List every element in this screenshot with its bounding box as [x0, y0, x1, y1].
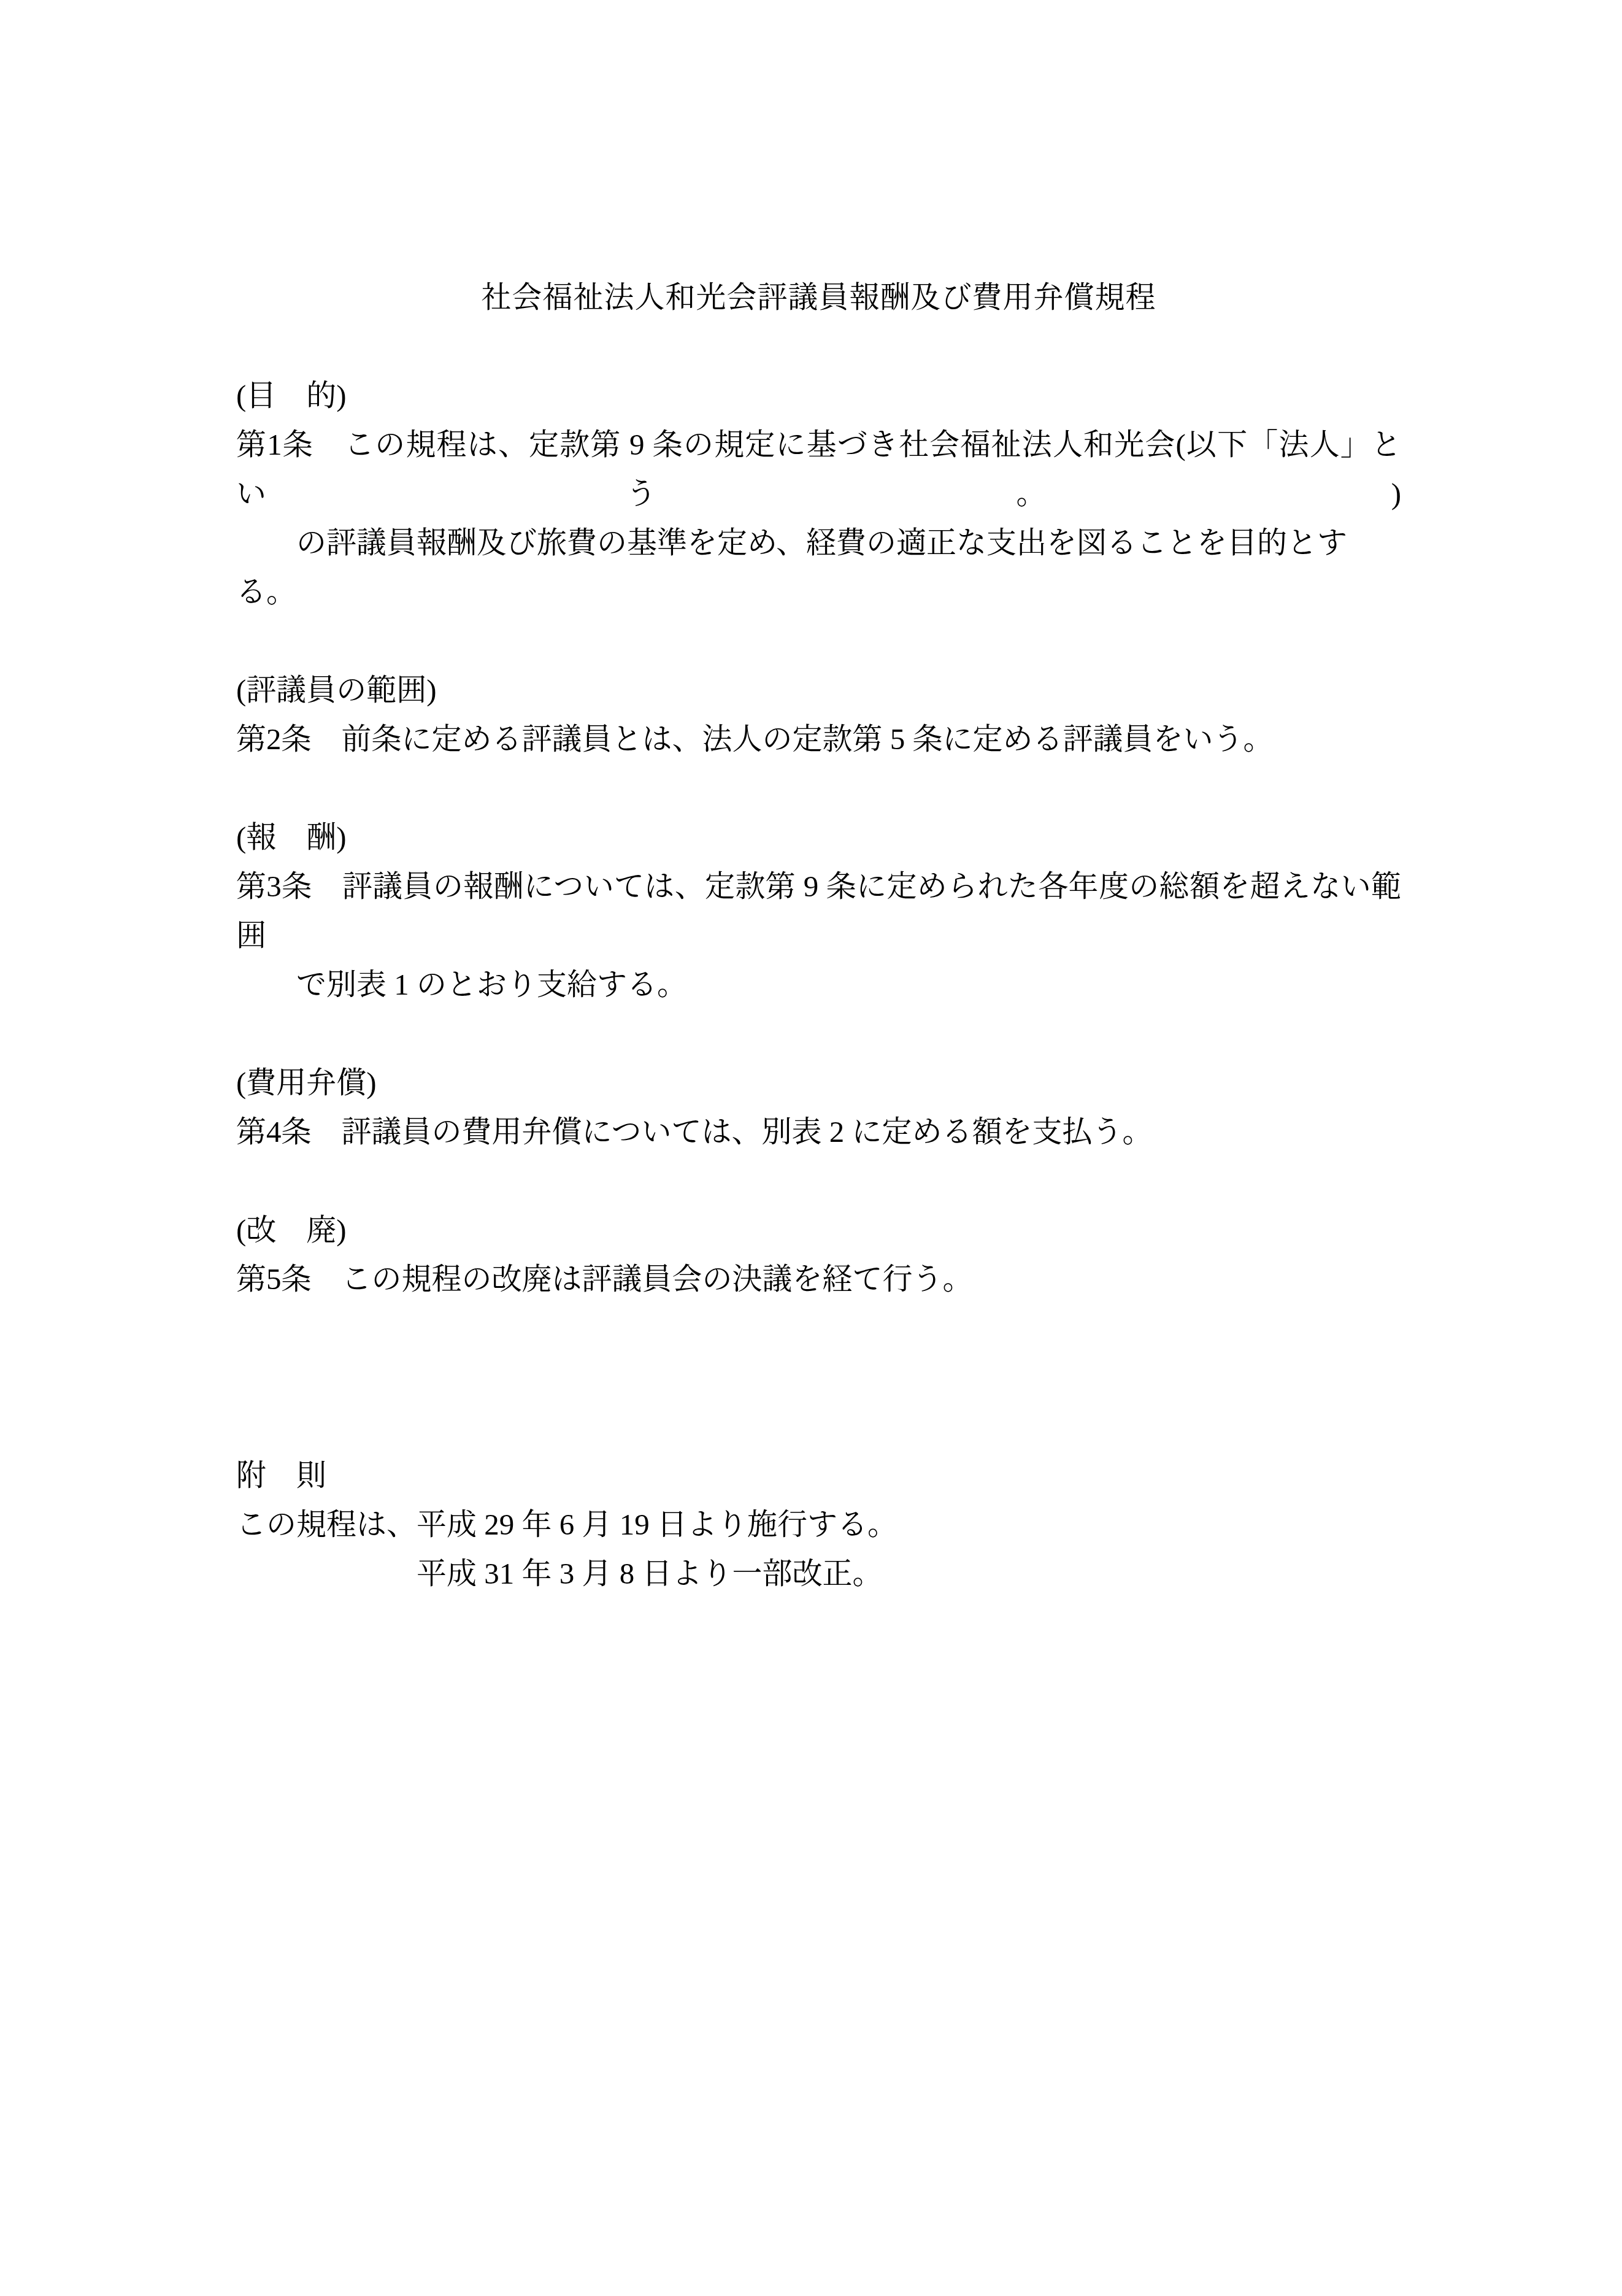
section-supplementary-provisions: 附 則 この規程は、平成 29 年 6 月 19 日より施行する。 平成 31 …: [236, 1451, 1401, 1598]
article-line: で別表 1 のとおり支給する。: [236, 960, 1401, 1009]
article-line: 第4条 評議員の費用弁償については、別表 2 に定める額を支払う。: [236, 1108, 1401, 1157]
article-line: 第5条 この規程の改廃は評議員会の決議を経て行う。: [236, 1255, 1401, 1304]
supplementary-line: 平成 31 年 3 月 8 日より一部改正。: [236, 1549, 1401, 1598]
section-heading: (目 的): [236, 371, 1401, 420]
section-amendment: (改 廃) 第5条 この規程の改廃は評議員会の決議を経て行う。: [236, 1206, 1401, 1304]
document-page: 社会福祉法人和光会評議員報酬及び費用弁償規程 (目 的) 第1条 この規程は、定…: [0, 0, 1622, 2296]
section-councilor-scope: (評議員の範囲) 第2条 前条に定める評議員とは、法人の定款第 5 条に定める評…: [236, 666, 1401, 764]
section-expense-compensation: (費用弁償) 第4条 評議員の費用弁償については、別表 2 に定める額を支払う。: [236, 1058, 1401, 1157]
document-title: 社会福祉法人和光会評議員報酬及び費用弁償規程: [236, 273, 1401, 322]
section-heading: 附 則: [236, 1451, 1401, 1500]
section-heading: (改 廃): [236, 1206, 1401, 1255]
article-line: 第3条 評議員の報酬については、定款第 9 条に定められた各年度の総額を超えない…: [236, 862, 1401, 960]
section-purpose: (目 的) 第1条 この規程は、定款第 9 条の規定に基づき社会福祉法人和光会(…: [236, 371, 1401, 617]
supplementary-line: この規程は、平成 29 年 6 月 19 日より施行する。: [236, 1500, 1401, 1549]
article-line: の評議員報酬及び旅費の基準を定め、経費の適正な支出を図ることを目的とする。: [236, 518, 1401, 617]
section-heading: (報 酬): [236, 813, 1401, 862]
section-remuneration: (報 酬) 第3条 評議員の報酬については、定款第 9 条に定められた各年度の総…: [236, 813, 1401, 1009]
section-heading: (評議員の範囲): [236, 666, 1401, 715]
article-line: 第1条 この規程は、定款第 9 条の規定に基づき社会福祉法人和光会(以下「法人」…: [236, 420, 1401, 518]
section-heading: (費用弁償): [236, 1058, 1401, 1108]
article-line: 第2条 前条に定める評議員とは、法人の定款第 5 条に定める評議員をいう。: [236, 715, 1401, 764]
